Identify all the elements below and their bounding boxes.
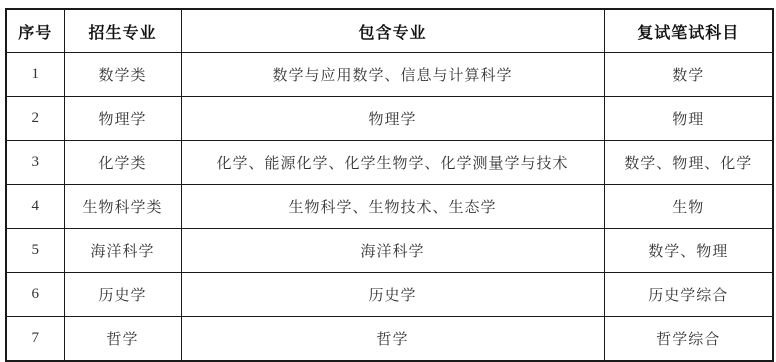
cell-serial-number: 2 bbox=[6, 97, 64, 141]
cell-enrollment-major: 数学类 bbox=[64, 53, 181, 97]
header-row: 序号 招生专业 包含专业 复试笔试科目 bbox=[6, 9, 773, 53]
cell-included-majors: 物理学 bbox=[181, 97, 604, 141]
table-row: 2物理学物理学物理 bbox=[6, 97, 773, 141]
header-serial-number: 序号 bbox=[6, 9, 64, 53]
cell-enrollment-major: 海洋科学 bbox=[64, 229, 181, 273]
cell-included-majors: 数学与应用数学、信息与计算科学 bbox=[181, 53, 604, 97]
admissions-table: 序号 招生专业 包含专业 复试笔试科目 1数学类数学与应用数学、信息与计算科学数… bbox=[5, 8, 774, 329]
cell-enrollment-major: 历史学 bbox=[64, 273, 181, 317]
cell-retest-written-subjects: 生物 bbox=[604, 185, 773, 229]
table-row: 4生物科学类生物科学、生物技术、生态学生物 bbox=[6, 185, 773, 229]
cell-retest-written-subjects: 数学、物理、化学 bbox=[604, 141, 773, 185]
cell-retest-written-subjects: 数学 bbox=[604, 53, 773, 97]
cell-serial-number: 6 bbox=[6, 273, 64, 317]
cell-retest-written-subjects: 物理 bbox=[604, 97, 773, 141]
cell-included-majors: 哲学 bbox=[181, 317, 604, 330]
table-row: 5海洋科学海洋科学数学、物理 bbox=[6, 229, 773, 273]
cell-retest-written-subjects: 哲学综合 bbox=[604, 317, 773, 330]
cell-retest-written-subjects: 历史学综合 bbox=[604, 273, 773, 317]
cell-retest-written-subjects: 数学、物理 bbox=[604, 229, 773, 273]
cell-included-majors: 海洋科学 bbox=[181, 229, 604, 273]
cell-included-majors: 化学、能源化学、化学生物学、化学测量学与技术 bbox=[181, 141, 604, 185]
cell-serial-number: 3 bbox=[6, 141, 64, 185]
header-retest-written-subjects: 复试笔试科目 bbox=[604, 9, 773, 53]
cell-included-majors: 生物科学、生物技术、生态学 bbox=[181, 185, 604, 229]
table-row: 1数学类数学与应用数学、信息与计算科学数学 bbox=[6, 53, 773, 97]
cell-included-majors: 历史学 bbox=[181, 273, 604, 317]
cell-enrollment-major: 哲学 bbox=[64, 317, 181, 330]
header-enrollment-major: 招生专业 bbox=[64, 9, 181, 53]
table-row: 6历史学历史学历史学综合 bbox=[6, 273, 773, 317]
header-included-majors: 包含专业 bbox=[181, 9, 604, 53]
cell-enrollment-major: 物理学 bbox=[64, 97, 181, 141]
cell-serial-number: 5 bbox=[6, 229, 64, 273]
cell-serial-number: 4 bbox=[6, 185, 64, 229]
admissions-table-container: 序号 招生专业 包含专业 复试笔试科目 1数学类数学与应用数学、信息与计算科学数… bbox=[5, 8, 772, 320]
cell-serial-number: 1 bbox=[6, 53, 64, 97]
table-row: 7哲学哲学哲学综合 bbox=[6, 317, 773, 330]
cell-enrollment-major: 化学类 bbox=[64, 141, 181, 185]
cell-serial-number: 7 bbox=[6, 317, 64, 330]
cell-enrollment-major: 生物科学类 bbox=[64, 185, 181, 229]
table-row: 3化学类化学、能源化学、化学生物学、化学测量学与技术数学、物理、化学 bbox=[6, 141, 773, 185]
